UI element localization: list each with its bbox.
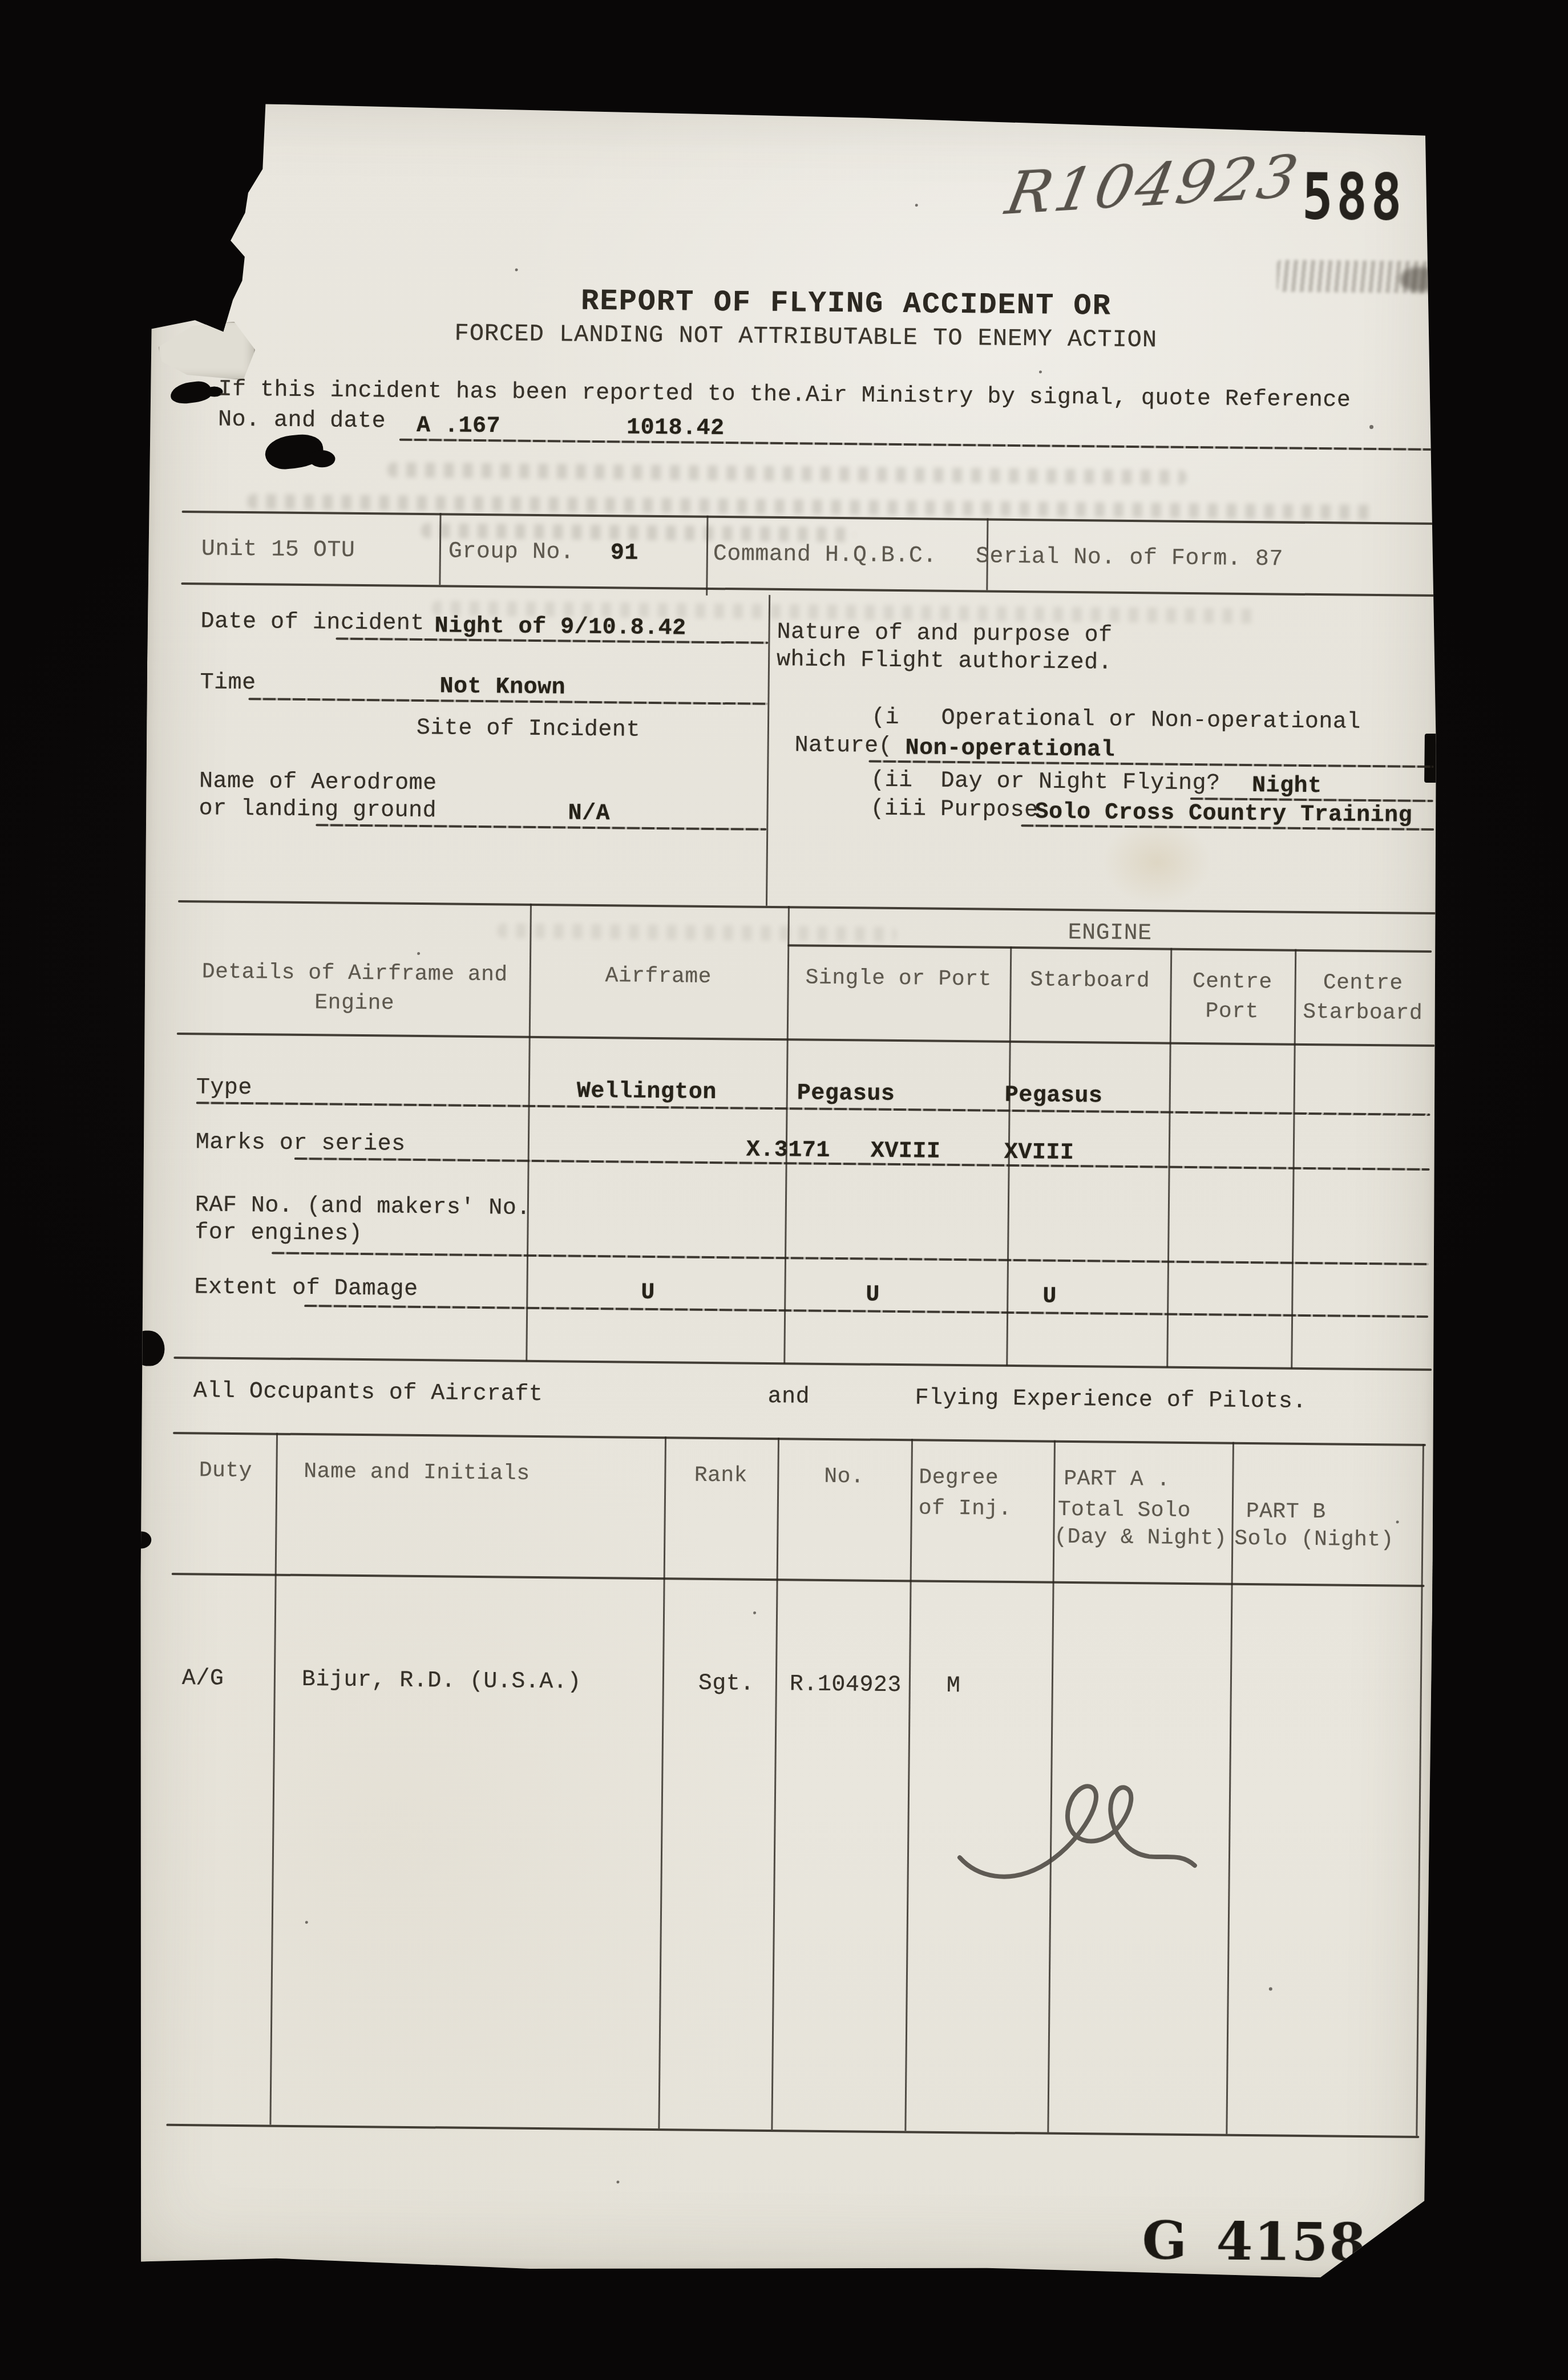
marks-airframe-value: X.3171 — [746, 1138, 830, 1164]
unit-cell: Unit 15 OTU — [201, 537, 355, 564]
occupants-column-line — [771, 1438, 779, 2130]
paper-stain — [1102, 819, 1211, 905]
unit-table-bottom-rule — [181, 582, 1439, 597]
footer-stamp-letter: G — [1142, 2209, 1189, 2272]
scan-speck — [515, 269, 518, 272]
scan-background: R104923 588 REPORT OF FLYING ACCIDENT OR… — [0, 0, 1568, 2380]
damage-airframe-value: U — [641, 1281, 655, 1306]
bleed-through-text — [387, 462, 1186, 484]
type-airframe-value: Wellington — [577, 1079, 717, 1106]
engine-table-top-rule — [178, 900, 1436, 914]
nature-underline — [868, 760, 1433, 768]
single-or-port-column-header: Single or Port — [787, 966, 1010, 992]
bleed-through-text — [248, 494, 1377, 520]
aerodrome-label-line1: Name of Aerodrome — [199, 769, 437, 796]
type-single-port-value: Pegasus — [797, 1081, 895, 1107]
airframe-column-header: Airframe — [530, 964, 787, 990]
time-label: Time — [200, 670, 256, 696]
marks-starboard-value: XVIII — [1004, 1140, 1074, 1166]
group-number-label: Group No. — [448, 539, 575, 565]
centre-starboard-column-header-line2: Starboard — [1294, 1001, 1431, 1026]
occupants-heading-and: and — [767, 1385, 810, 1410]
details-column-header-line2: Engine — [180, 990, 529, 1017]
nature-label: Nature( — [794, 733, 892, 759]
scan-speck — [305, 1921, 308, 1924]
unit-table-divider — [706, 516, 708, 596]
time-value: Not Known — [439, 674, 565, 701]
torn-paper-flap — [158, 321, 256, 381]
occupants-heading-right: Flying Experience of Pilots. — [915, 1386, 1307, 1415]
rank-column-header: Rank — [664, 1463, 777, 1488]
aerodrome-label-line2: or landing ground — [199, 796, 437, 824]
raf-number-label-line1: RAF No. (and makers' No. — [195, 1193, 531, 1221]
part-a-column-header-line3: (Day & Night) — [1054, 1525, 1227, 1551]
aerodrome-underline — [316, 824, 766, 831]
unit-table-divider — [439, 513, 441, 585]
part-a-column-header-line2: Total Solo — [1058, 1498, 1191, 1523]
nature-value: Non-operational — [905, 736, 1115, 763]
damage-row-label: Extent of Damage — [194, 1275, 418, 1302]
centre-port-column-header-line1: Centre — [1170, 970, 1295, 995]
no-column-header: No. — [777, 1464, 911, 1489]
pencil-smudge-blob — [1399, 266, 1439, 292]
raf-row-underline — [272, 1252, 1429, 1265]
reference-instruction-line1: If this incident has been reported to th… — [218, 378, 1351, 414]
scan-speck — [616, 2180, 619, 2183]
centre-port-column-header-line2: Port — [1170, 999, 1294, 1025]
reference-instruction-line2: No. and date — [218, 408, 386, 435]
date-of-incident-value: Night of 9/10.8.42 — [434, 614, 686, 641]
reference-underline — [399, 439, 1437, 451]
occupants-column-line — [658, 1436, 666, 2128]
tear-hole-large-lobe — [309, 450, 335, 467]
occupants-table-top-rule — [173, 1432, 1426, 1446]
marks-single-port-value: XVIII — [871, 1139, 941, 1165]
handwritten-reference-number: R104923 — [1001, 141, 1306, 228]
reference-number-value: A .167 — [417, 414, 500, 439]
engine-table-bottom-rule — [173, 1357, 1432, 1371]
nature-heading-line1: Nature of and purpose of — [777, 620, 1112, 649]
engine-heading: ENGINE — [787, 918, 1432, 949]
nature-item3-value: Solo Cross Country Training — [1034, 800, 1412, 828]
starboard-column-header: Starboard — [1010, 968, 1170, 993]
name-column-header: Name and Initials — [304, 1460, 530, 1486]
scan-speck — [1269, 1987, 1272, 1990]
occupants-table-bottom-rule — [166, 2124, 1419, 2138]
form-title-line2: FORCED LANDING NOT ATTRIBUTABLE TO ENEMY… — [454, 321, 1157, 354]
marks-row-underline — [294, 1157, 1430, 1171]
nature-item3-label: (iii Purpose — [870, 797, 1038, 824]
type-starboard-value: Pegasus — [1005, 1083, 1103, 1110]
scan-speck — [1039, 370, 1042, 373]
page-number-stamp: 588 — [1302, 160, 1405, 235]
occupant-service-number-value: R.104923 — [790, 1672, 902, 1698]
part-b-column-header-line1: PART B — [1246, 1500, 1326, 1524]
damage-single-port-value: U — [866, 1283, 880, 1308]
occupant-degree-of-injury-value: M — [947, 1674, 961, 1699]
occupant-duty-value: A/G — [182, 1666, 224, 1692]
centre-starboard-column-header-line1: Centre — [1295, 971, 1432, 996]
occupants-column-line — [269, 1433, 278, 2125]
occupants-heading-left: All Occupants of Aircraft — [193, 1379, 543, 1407]
damage-starboard-value: U — [1042, 1285, 1057, 1310]
occupants-header-bottom-rule — [172, 1573, 1425, 1587]
pencil-signature — [955, 1766, 1207, 1900]
footer-stamp-number: 4158 — [1216, 2211, 1367, 2274]
command-cell: Command H.Q.B.C. — [713, 542, 937, 569]
nature-item1-label: (i Operational or Non-operational — [871, 706, 1361, 735]
scan-speck — [1369, 425, 1373, 429]
left-edge-nick-small — [132, 1531, 151, 1548]
aerodrome-value: N/A — [568, 801, 610, 827]
nature-item2-label: (ii Day or Night Flying? — [871, 768, 1221, 797]
occupants-table-right-edge — [1416, 1444, 1424, 2136]
occupants-column-line — [1226, 1442, 1234, 2134]
scan-speck — [417, 952, 420, 955]
duty-column-header: Duty — [175, 1459, 276, 1483]
part-a-column-header-line1: PART A . — [1064, 1467, 1170, 1492]
details-column-header-line1: Details of Airframe and — [180, 960, 530, 987]
degree-column-header-line1: Degree — [919, 1466, 999, 1490]
part-b-column-header-line2: Solo (Night) — [1234, 1527, 1394, 1552]
serial-number-cell: Serial No. of Form. 87 — [976, 544, 1283, 572]
scan-speck — [753, 1612, 756, 1614]
occupants-column-line — [904, 1439, 913, 2131]
right-edge-ink-mark — [1424, 734, 1442, 783]
reference-date-value: 1018.42 — [627, 415, 725, 442]
raf-number-label-line2: for engines) — [195, 1220, 362, 1247]
occupant-rank-value: Sgt. — [698, 1671, 754, 1697]
nature-item2-value: Night — [1252, 774, 1322, 799]
type-row-label: Type — [196, 1075, 252, 1101]
marks-row-label: Marks or series — [196, 1130, 406, 1157]
engine-header-bottom-rule — [177, 1033, 1435, 1047]
nature-heading-line2: which Flight authorized. — [777, 647, 1112, 676]
form-title-line1: REPORT OF FLYING ACCIDENT OR — [581, 285, 1112, 323]
left-edge-nick — [135, 1330, 165, 1366]
date-of-incident-label: Date of incident — [200, 609, 424, 637]
scan-speck — [915, 204, 918, 207]
occupant-name-value: Bijur, R.D. (U.S.A.) — [302, 1667, 581, 1695]
scan-speck — [1396, 1520, 1399, 1523]
site-of-incident-heading: Site of Incident — [417, 716, 640, 743]
form-page: R104923 588 REPORT OF FLYING ACCIDENT OR… — [131, 94, 1446, 2280]
degree-column-header-line2: of Inj. — [919, 1496, 1012, 1521]
engine-table-column-line — [1166, 948, 1172, 1367]
group-number-value: 91 — [611, 541, 638, 566]
